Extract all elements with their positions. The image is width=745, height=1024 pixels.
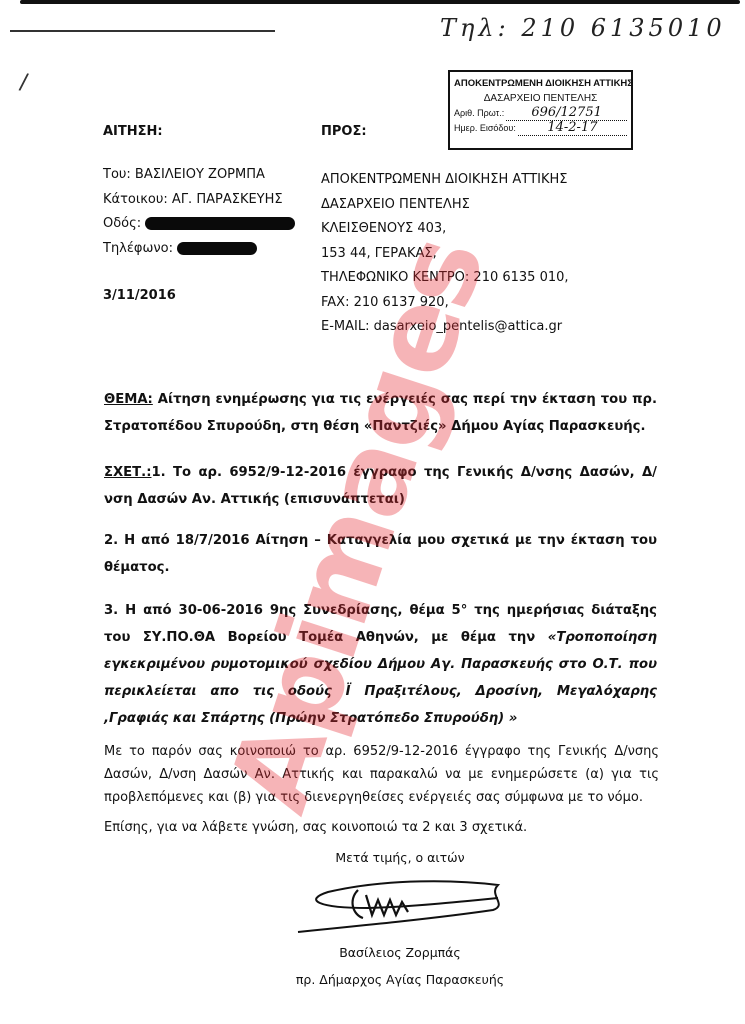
body-paragraph-1: Με το παρόν σας κοινοποιώ το αρ. 6952/9-… bbox=[104, 740, 659, 809]
recipient-line: ΚΛΕΙΣΘΕΝΟΥΣ 403, bbox=[321, 217, 569, 242]
signatory-title: πρ. Δήμαρχος Αγίας Παρασκευής bbox=[255, 972, 545, 987]
redaction-bar bbox=[145, 217, 295, 230]
body-paragraph-2: Επίσης, για να λάβετε γνώση, σας κοινοπο… bbox=[104, 820, 527, 835]
stamp-protocol-value: 696/12751 bbox=[506, 106, 627, 121]
subject-label: ΘΕΜΑ: bbox=[104, 392, 153, 407]
recipient-email: E-MAIL: dasarxeio_pentelis@attica.gr bbox=[321, 315, 569, 340]
street-label: Οδός: bbox=[103, 216, 141, 231]
phone-label: Τηλέφωνο: bbox=[103, 241, 173, 256]
recipient-line: ΑΠΟΚΕΝΤΡΩΜΕΝΗ ΔΙΟΙΚΗΣΗ ΑΤΤΙΚΗΣ bbox=[321, 168, 569, 193]
subject-paragraph: ΘΕΜΑ: Αίτηση ενημέρωσης για τις ενέργειέ… bbox=[104, 386, 657, 440]
stamp-date-row: Ημερ. Εισόδου: 14-2-17 bbox=[454, 121, 627, 136]
stamp-title: ΑΠΟΚΕΝΤΡΩΜΕΝΗ ΔΙΟΙΚΗΣΗ ΑΤΤΙΚΗΣ bbox=[454, 76, 627, 91]
reference-1-text: 1. Το αρ. 6952/9-12-2016 έγγραφο της Γεν… bbox=[104, 465, 657, 507]
signatory-name: Βασίλειος Ζορμπάς bbox=[300, 945, 500, 960]
references-label: ΣΧΕΤ.: bbox=[104, 465, 151, 480]
reference-2: 2. Η από 18/7/2016 Αίτηση – Καταγγελία μ… bbox=[104, 527, 657, 581]
sender-name: Του: ΒΑΣΙΛΕΙΟΥ ΖΟΡΜΠΑ bbox=[103, 163, 295, 188]
recipient-line: 153 44, ΓΕΡΑΚΑΣ, bbox=[321, 242, 569, 267]
signature-mark bbox=[288, 870, 518, 950]
handwritten-phone-note: Τηλ: 210 6135010 bbox=[440, 14, 726, 42]
recipient-block: ΑΠΟΚΕΝΤΡΩΜΕΝΗ ΔΙΟΙΚΗΣΗ ΑΤΤΙΚΗΣ ΔΑΣΑΡΧΕΙΟ… bbox=[321, 168, 569, 340]
sender-residence: Κάτοικου: ΑΓ. ΠΑΡΑΣΚΕΥΗΣ bbox=[103, 188, 295, 213]
stamp-date-label: Ημερ. Εισόδου: bbox=[454, 121, 516, 136]
stamp-date-value: 14-2-17 bbox=[518, 121, 627, 136]
recipient-line: FAX: 210 6137 920, bbox=[321, 291, 569, 316]
registry-stamp: ΑΠΟΚΕΝΤΡΩΜΕΝΗ ΔΙΟΙΚΗΣΗ ΑΤΤΙΚΗΣ ΔΑΣΑΡΧΕΙΟ… bbox=[448, 70, 633, 150]
closing-salutation: Μετά τιμής, ο αιτών bbox=[300, 850, 500, 865]
reference-1: ΣΧΕΤ.:1. Το αρ. 6952/9-12-2016 έγγραφο τ… bbox=[104, 459, 657, 513]
recipient-line: ΔΑΣΑΡΧΕΙΟ ΠΕΝΤΕΛΗΣ bbox=[321, 193, 569, 218]
sender-block: Του: ΒΑΣΙΛΕΙΟΥ ΖΟΡΜΠΑ Κάτοικου: ΑΓ. ΠΑΡΑ… bbox=[103, 163, 295, 261]
redaction-bar bbox=[177, 242, 257, 255]
sender-street: Οδός: bbox=[103, 212, 295, 237]
reference-3: 3. Η από 30-06-2016 9ης Συνεδρίασης, θέμ… bbox=[104, 597, 657, 732]
request-heading: ΑΙΤΗΣΗ: bbox=[103, 124, 163, 139]
stamp-protocol-row: Αριθ. Πρωτ.: 696/12751 bbox=[454, 106, 627, 121]
to-heading: ΠΡΟΣ: bbox=[321, 124, 367, 139]
stamp-protocol-label: Αριθ. Πρωτ.: bbox=[454, 106, 504, 121]
recipient-line: ΤΗΛΕΦΩΝΙΚΟ ΚΕΝΤΡΟ: 210 6135 010, bbox=[321, 266, 569, 291]
scan-edge-line bbox=[10, 30, 275, 32]
subject-text: Αίτηση ενημέρωσης για τις ενέργειές σας … bbox=[104, 392, 657, 434]
pen-mark: / bbox=[18, 70, 30, 96]
document-date: 3/11/2016 bbox=[103, 288, 176, 303]
scan-edge-line bbox=[20, 0, 740, 4]
sender-phone: Τηλέφωνο: bbox=[103, 237, 295, 262]
stamp-subtitle: ΔΑΣΑΡΧΕΙΟ ΠΕΝΤΕΛΗΣ bbox=[454, 91, 627, 106]
